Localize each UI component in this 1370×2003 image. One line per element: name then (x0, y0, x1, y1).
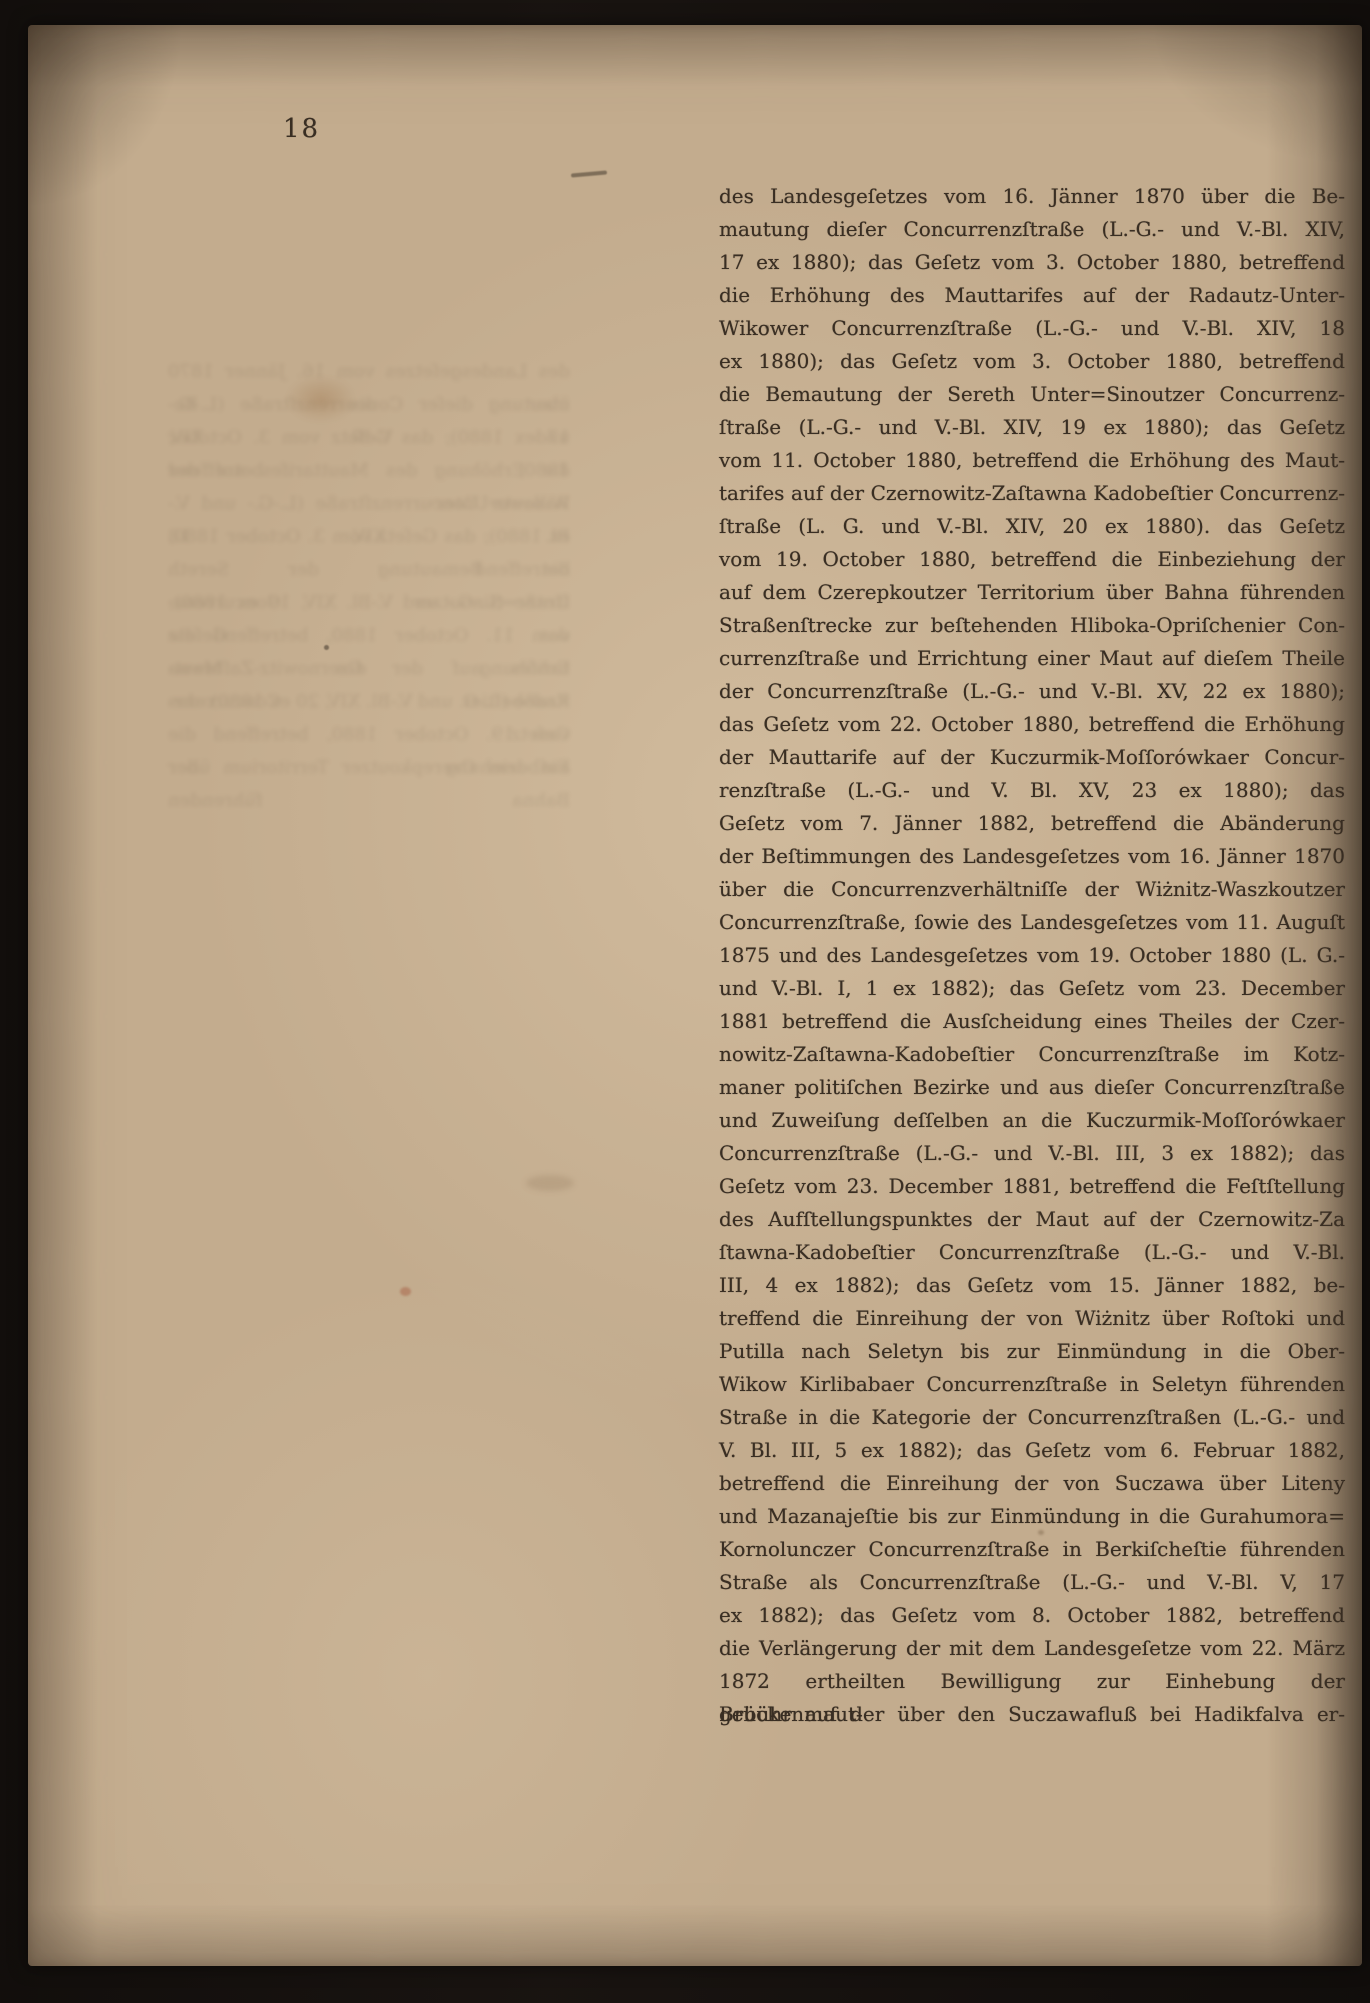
text-line: ſtawna-Kadobeſtier Concurrenzſtraße (L.-… (719, 1236, 1345, 1269)
ghost-text-block: des Landesgeſetzes vom 16. Jänner 1870 ü… (168, 355, 570, 784)
ghost-line: die Erhöhung des Mauttarifes auf der Rad… (168, 454, 570, 487)
text-line: vom 11. October 1880, betreffend die Erh… (719, 444, 1345, 477)
text-line: vom 19. October 1880, betreffend die Ein… (719, 543, 1345, 576)
ghost-line: 17 ex 1880); das Geſetz vom 3. October 1… (168, 421, 570, 454)
text-line: auf dem Czerepkoutzer Territorium über B… (719, 576, 1345, 609)
text-line: und Zuweiſung deſſelben an die Kuczurmik… (719, 1104, 1345, 1137)
book-page: 18 des Landesgeſetzes vom 16. Jänner 187… (28, 25, 1362, 1966)
page-number: 18 (283, 114, 320, 144)
text-line: mautung dieſer Concurrenzſtraße (L.-G.- … (719, 213, 1345, 246)
text-line: Straße in die Kategorie der Concurrenzſt… (719, 1401, 1345, 1434)
text-line: Straße als Concurrenzſtraße (L.-G.- und … (719, 1566, 1345, 1599)
text-line: 1881 betreffend die Ausſcheidung eines T… (719, 1005, 1345, 1038)
text-line: gebühr auf der über den Suczawafluß bei … (719, 1698, 1345, 1731)
text-line: tarifes auf der Czernowitz-Zaſtawna Kado… (719, 477, 1345, 510)
text-line: nowitz-Zaſtawna-Kadobeſtier Concurrenzſt… (719, 1038, 1345, 1071)
text-line: treffend die Einreihung der von Wiżnitz … (719, 1302, 1345, 1335)
text-line: das Geſetz vom 22. October 1880, betreff… (719, 708, 1345, 741)
text-line: Straßenſtrecke zur beſtehenden Hliboka-O… (719, 609, 1345, 642)
ghost-line: des Landesgeſetzes vom 16. Jänner 1870 ü… (168, 355, 570, 388)
text-line: Concurrenzſtraße (L.-G.- und V.-Bl. III,… (719, 1137, 1345, 1170)
ghost-line: vom 11. October 1880, betreffend die Erh… (168, 619, 570, 652)
ghost-line: auf dem Czerepkoutzer Territorium über B… (168, 751, 570, 784)
text-line: und V.-Bl. I, 1 ex 1882); das Geſetz vom… (719, 972, 1345, 1005)
text-line: des Aufſtellungspunktes der Maut auf der… (719, 1203, 1345, 1236)
text-line: III, 4 ex 1882); das Geſetz vom 15. Jänn… (719, 1269, 1345, 1302)
text-line: Wikower Concurrenzſtraße (L.-G.- und V.-… (719, 312, 1345, 345)
ghost-line: mautung dieſer Concurrenzſtraße (L.-G.- … (168, 388, 570, 421)
text-line: ſtraße (L.-G.- und V.-Bl. XIV, 19 ex 188… (719, 411, 1345, 444)
text-line: currenzſtraße und Errichtung einer Maut … (719, 642, 1345, 675)
ghost-line: die Bemautung der Sereth Unter=Sinoutzer… (168, 553, 570, 586)
text-block: des Landesgeſetzes vom 16. Jänner 1870 ü… (719, 180, 1345, 1731)
text-line: V. Bl. III, 5 ex 1882); das Geſetz vom 6… (719, 1434, 1345, 1467)
text-line: 1875 und des Landesgeſetzes vom 19. Octo… (719, 939, 1345, 972)
text-line: ex 1882); das Geſetz vom 8. October 1882… (719, 1599, 1345, 1632)
text-line: über die Concurrenzverhältniſſe der Wiżn… (719, 873, 1345, 906)
ghost-line: ſtraße (L.-G.- und V.-Bl. XIV, 19 ex 188… (168, 586, 570, 619)
scanned-book-photo: 18 des Landesgeſetzes vom 16. Jänner 187… (0, 0, 1370, 2003)
ghost-line: ex 1880); das Geſetz vom 3. October 1880… (168, 520, 570, 553)
text-line: die Erhöhung des Mauttarifes auf der Rad… (719, 279, 1345, 312)
ghost-line: ſtraße (L. G. und V.-Bl. XIV, 20 ex 1880… (168, 685, 570, 718)
text-line: Wikow Kirlibabaer Concurrenzſtraße in Se… (719, 1368, 1345, 1401)
ink-dash-artifact (571, 170, 607, 177)
text-line: Kornolunczer Concurrenzſtraße in Berkiſc… (719, 1533, 1345, 1566)
text-line: 1872 ertheilten Bewilligung zur Einhebun… (719, 1665, 1345, 1698)
text-line: der Beſtimmungen des Landesgeſetzes vom … (719, 840, 1345, 873)
text-line: Concurrenzſtraße, ſowie des Landesgeſetz… (719, 906, 1345, 939)
ghost-line: Wikower Concurrenzſtraße (L.-G.- und V.-… (168, 487, 570, 520)
text-line: Geſetz vom 7. Jänner 1882, betreffend di… (719, 807, 1345, 840)
text-line: die Verlängerung der mit dem Landesgeſet… (719, 1632, 1345, 1665)
paper-smudge (526, 1175, 574, 1191)
text-line: die Bemautung der Sereth Unter=Sinoutzer… (719, 378, 1345, 411)
text-line: Putilla nach Seletyn bis zur Einmündung … (719, 1335, 1345, 1368)
text-line: betreffend die Einreihung der von Suczaw… (719, 1467, 1345, 1500)
text-line: 17 ex 1880); das Geſetz vom 3. October 1… (719, 246, 1345, 279)
ghost-line: tarifes auf der Czernowitz-Zaſtawna Kado… (168, 652, 570, 685)
text-line: ex 1880); das Geſetz vom 3. October 1880… (719, 345, 1345, 378)
text-line: der Concurrenzſtraße (L.-G.- und V.-Bl. … (719, 675, 1345, 708)
ghost-line: vom 19. October 1880, betreffend die Ein… (168, 718, 570, 751)
red-fleck (400, 1287, 411, 1296)
text-line: der Mauttarife auf der Kuczurmik-Moſſoró… (719, 741, 1345, 774)
text-line: des Landesgeſetzes vom 16. Jänner 1870 ü… (719, 180, 1345, 213)
text-line: und Mazanajeſtie bis zur Einmündung in d… (719, 1500, 1345, 1533)
text-line: Geſetz vom 23. December 1881, betreffend… (719, 1170, 1345, 1203)
text-line: renzſtraße (L.-G.- und V. Bl. XV, 23 ex … (719, 774, 1345, 807)
text-line: ſtraße (L. G. und V.-Bl. XIV, 20 ex 1880… (719, 510, 1345, 543)
text-line: maner politiſchen Bezirke und aus dieſer… (719, 1071, 1345, 1104)
